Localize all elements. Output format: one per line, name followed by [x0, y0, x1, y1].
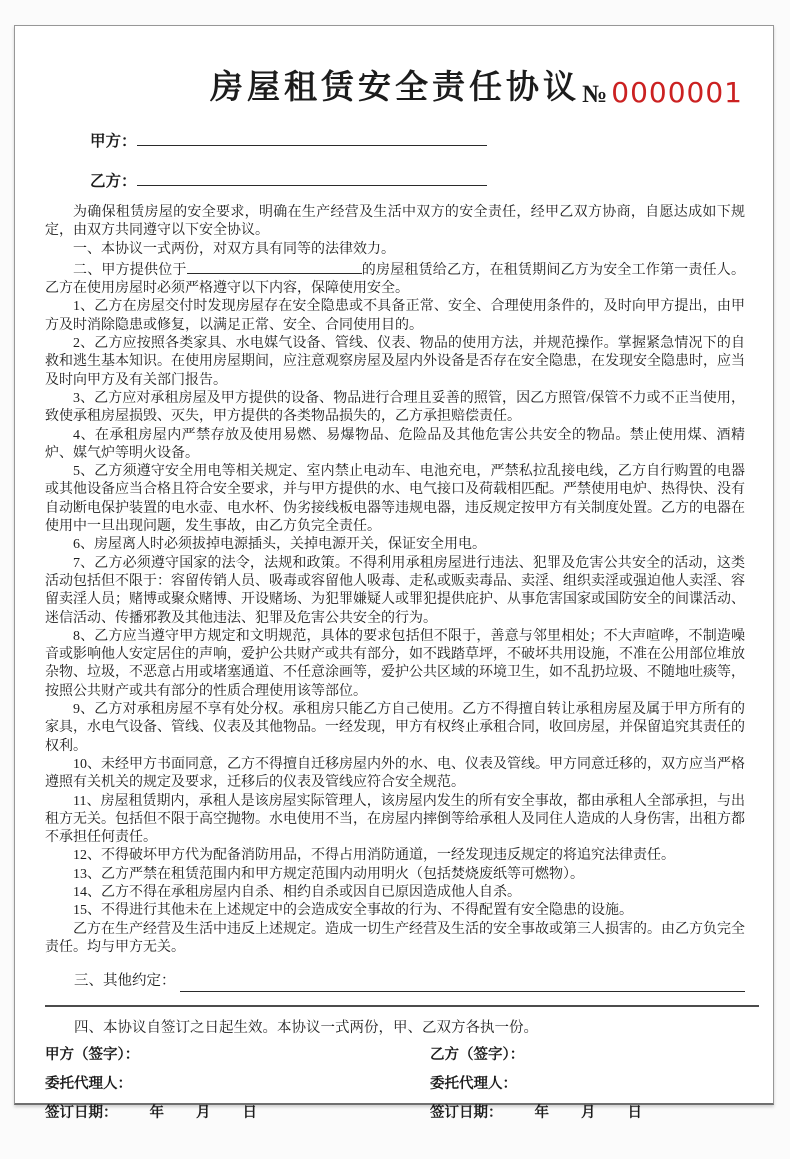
party-b-date-row[interactable]: 签订日期：年月日	[430, 1104, 745, 1123]
month-label: 月	[581, 1104, 596, 1123]
term-7: 7、乙方必须遵守国家的法令，法规和政策。不得利用承租房屋进行违法、犯罪及危害公共…	[45, 555, 745, 628]
serial-number: 0000001	[611, 76, 743, 109]
term-3: 3、乙方应对承租房屋及甲方提供的设备、物品进行合理且妥善的照管，因乙方照管/保管…	[45, 390, 745, 427]
party-a-label: 甲方：	[90, 133, 137, 150]
location-blank-line[interactable]	[187, 259, 362, 274]
title-row: 房屋租赁安全责任协议 № 0000001	[45, 66, 745, 114]
sheet-content: 房屋租赁安全责任协议 № 0000001 甲方： 乙方： 为确保租赁房屋的安全要…	[45, 44, 745, 1123]
section-divider	[45, 1005, 759, 1007]
term-12: 12、不得破坏甲方代为配备消防用品，不得占用消防通道，一经发现违反规定的将追究法…	[45, 847, 745, 865]
year-label: 年	[150, 1104, 165, 1123]
signature-block: 甲方（签字）： 乙方（签字）： 委托代理人： 委托代理人： 签订日期：年月日 签…	[45, 1046, 745, 1123]
section-three: 三、其他约定：	[45, 970, 745, 992]
year-label: 年	[535, 1104, 550, 1123]
date-label: 签订日期：	[430, 1105, 503, 1121]
date-label: 签订日期：	[45, 1105, 118, 1121]
section-one: 一、本协议一式两份，对双方具有同等的法律效力。	[45, 241, 745, 259]
term-9: 9、乙方对承租房屋不享有处分权。承租房只能乙方自己使用。乙方不得擅自转让承租房屋…	[45, 701, 745, 756]
term-10: 10、未经甲方书面同意，乙方不得擅自迁移房屋内外的水、电、仪表及管线。甲方同意迁…	[45, 756, 745, 793]
party-a-blank-line[interactable]	[137, 128, 487, 146]
closing-paragraph: 乙方在生产经营及生活中违反上述规定。造成一切生产经营及生活的安全事故或第三人损害…	[45, 921, 745, 958]
day-label: 日	[243, 1104, 258, 1123]
party-b-row: 乙方：	[90, 168, 745, 194]
month-label: 月	[196, 1104, 211, 1123]
serial-number-block: № 0000001	[582, 76, 743, 109]
term-13: 13、乙方严禁在租赁范围内和甲方规定范围内动用明火（包括焚烧废纸等可燃物）。	[45, 866, 745, 884]
other-agreements-label: 三、其他约定：	[74, 970, 176, 992]
section-two-prefix: 二、甲方提供位于	[73, 263, 187, 278]
day-label: 日	[628, 1104, 643, 1123]
term-4: 4、在承租房屋内严禁存放及使用易燃、易爆物品、危险品及其他危害公共安全的物品。禁…	[45, 427, 745, 464]
party-a-row: 甲方：	[90, 128, 745, 154]
intro-paragraph: 为确保租赁房屋的安全要求，明确在生产经营及生活中双方的安全责任，经甲乙双方协商，…	[45, 204, 745, 241]
contract-sheet: 房屋租赁安全责任协议 № 0000001 甲方： 乙方： 为确保租赁房屋的安全要…	[14, 25, 774, 1105]
party-b-signature-label[interactable]: 乙方（签字）：	[430, 1046, 745, 1065]
term-5: 5、乙方须遵守安全用电等相关规定、室内禁止电动车、电池充电，严禁私拉乱接电线，乙…	[45, 463, 745, 536]
screenshot-canvas: 房屋租赁安全责任协议 № 0000001 甲方： 乙方： 为确保租赁房屋的安全要…	[0, 0, 790, 1159]
term-2: 2、乙方应按照各类家具、水电媒气设备、管线、仪表、物品的使用方法，并规范操作。掌…	[45, 335, 745, 390]
term-1: 1、乙方在房屋交付时发现房屋存在安全隐患或不具备正常、安全、合理使用条件的，及时…	[45, 298, 745, 335]
party-b-label: 乙方：	[90, 173, 137, 190]
party-a-signature-label[interactable]: 甲方（签字）：	[45, 1046, 430, 1065]
terms-body: 为确保租赁房屋的安全要求，明确在生产经营及生活中双方的安全责任，经甲乙双方协商，…	[45, 204, 745, 957]
term-6: 6、房屋离人时必须拔掉电源插头，关掉电源开关，保证安全用电。	[45, 536, 745, 554]
other-agreements-blank-line[interactable]	[180, 971, 746, 992]
party-a-date-row[interactable]: 签订日期：年月日	[45, 1104, 430, 1123]
party-a-agent-label[interactable]: 委托代理人：	[45, 1075, 430, 1094]
term-11: 11、房屋租赁期内，承租人是该房屋实际管理人，该房屋内发生的所有安全事故，都由承…	[45, 793, 745, 848]
party-b-agent-label[interactable]: 委托代理人：	[430, 1075, 745, 1094]
term-14: 14、乙方不得在承租房屋内自杀、相约自杀或因自已原因造成他人自杀。	[45, 884, 745, 902]
numero-sign: №	[582, 81, 607, 108]
section-two: 二、甲方提供位于的房屋租赁给乙方，在租赁期间乙方为安全工作第一责任人。乙方在使用…	[45, 259, 745, 299]
term-8: 8、乙方应当遵守甲方规定和文明规范，具体的要求包括但不限于，善意与邻里相处；不大…	[45, 628, 745, 701]
section-four: 四、本协议自签订之日起生效。本协议一式两份，甲、乙双方各执一份。	[45, 1019, 745, 1037]
term-15: 15、不得进行其他未在上述规定中的会造成安全事故的行为、不得配置有安全隐患的设施…	[45, 902, 745, 920]
party-b-blank-line[interactable]	[137, 168, 487, 186]
